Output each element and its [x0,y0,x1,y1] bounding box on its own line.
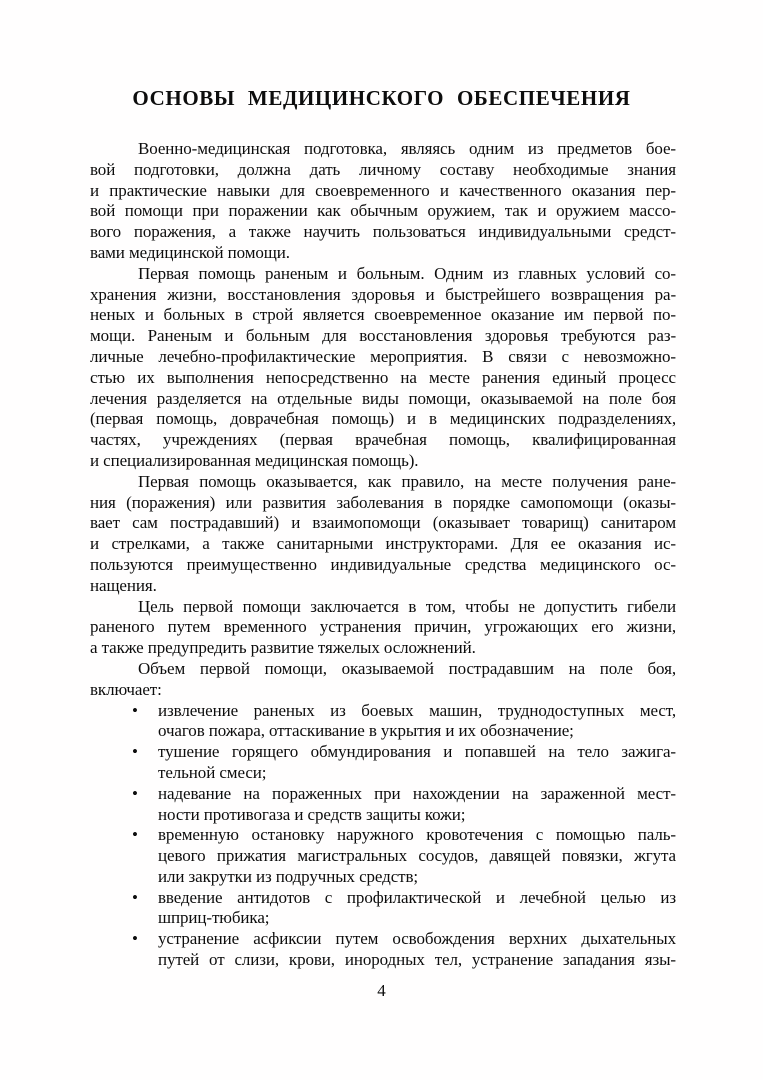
text-line: очагов пожара, оттаскивание в укрытия и … [158,721,676,742]
paragraph: Первая помощь оказывается, как правило, … [90,472,676,597]
text-line: раненого путем временного устранения при… [90,617,676,638]
text-line: и практические навыки для своевременного… [90,181,676,202]
bullet-marker-icon: • [132,888,138,909]
text-line: введение антидотов с профилактической и … [158,888,676,909]
text-line: пользуются преимущественно индивидуальны… [90,555,676,576]
text-line: путей от слизи, крови, инородных тел, ус… [158,950,676,971]
bullet-marker-icon: • [132,929,138,950]
document-body: Военно-медицинская подготовка, являясь о… [90,139,676,971]
text-line: вами медицинской помощи. [90,243,676,264]
text-line: устранение асфиксии путем освобождения в… [158,929,676,950]
bullet-marker-icon: • [132,825,138,846]
text-line: стью их выполнения непосредственно на ме… [90,368,676,389]
text-line: надевание на пораженных при нахождении н… [158,784,676,805]
text-line: и стрелками, а также санитарными инструк… [90,534,676,555]
list-item: •введение антидотов с профилактической и… [90,888,676,930]
text-line: вого поражения, а также научить пользова… [90,222,676,243]
paragraph: Военно-медицинская подготовка, являясь о… [90,139,676,264]
text-line: Военно-медицинская подготовка, являясь о… [90,139,676,160]
text-line: и специализированная медицинская помощь)… [90,451,676,472]
text-line: тушение горящего обмундирования и попавш… [158,742,676,763]
text-line: шприц-тюбика; [158,908,676,929]
text-line: (первая помощь, доврачебная помощь) и в … [90,409,676,430]
text-line: или закрутки из подручных средств; [158,867,676,888]
text-line: извлечение раненых из боевых машин, труд… [158,701,676,722]
text-line: нащения. [90,576,676,597]
text-line: тельной смеси; [158,763,676,784]
text-line: включает: [90,680,676,701]
text-line: цевого прижатия магистральных сосудов, д… [158,846,676,867]
text-line: ния (поражения) или развития заболевания… [90,493,676,514]
page-number: 4 [0,981,763,1001]
list-item: •временную остановку наружного кровотече… [90,825,676,887]
list-item: •надевание на пораженных при нахождении … [90,784,676,826]
bullet-marker-icon: • [132,701,138,722]
text-line: Первая помощь раненым и больным. Одним и… [90,264,676,285]
text-line: вой подготовки, должна дать личному сост… [90,160,676,181]
text-line: частях, учреждениях (первая врачебная по… [90,430,676,451]
bullet-marker-icon: • [132,742,138,763]
list-item: •извлечение раненых из боевых машин, тру… [90,701,676,743]
paragraph: Цель первой помощи заключается в том, чт… [90,597,676,659]
document-page: ОСНОВЫ МЕДИЦИНСКОГО ОБЕСПЕЧЕНИЯ Военно-м… [0,0,763,1080]
page-title: ОСНОВЫ МЕДИЦИНСКОГО ОБЕСПЕЧЕНИЯ [0,86,763,111]
text-line: Объем первой помощи, оказываемой пострад… [90,659,676,680]
text-line: лечения разделяется на отдельные виды по… [90,389,676,410]
text-line: вой помощи при поражении как обычным ору… [90,201,676,222]
text-line: неных и больных в строй является своевре… [90,305,676,326]
text-line: ности противогаза и средств защиты кожи; [158,805,676,826]
text-line: временную остановку наружного кровотечен… [158,825,676,846]
bullet-marker-icon: • [132,784,138,805]
text-line: личные лечебно-профилактические мероприя… [90,347,676,368]
paragraph: Объем первой помощи, оказываемой пострад… [90,659,676,701]
text-line: Первая помощь оказывается, как правило, … [90,472,676,493]
list-item: •тушение горящего обмундирования и попав… [90,742,676,784]
text-line: а также предупредить развитие тяжелых ос… [90,638,676,659]
text-line: хранения жизни, восстановления здоровья … [90,285,676,306]
paragraph: Первая помощь раненым и больным. Одним и… [90,264,676,472]
list-item: •устранение асфиксии путем освобождения … [90,929,676,971]
text-line: вает сам пострадавший) и взаимопомощи (о… [90,513,676,534]
text-line: Цель первой помощи заключается в том, чт… [90,597,676,618]
text-line: мощи. Раненым и больным для восстановлен… [90,326,676,347]
